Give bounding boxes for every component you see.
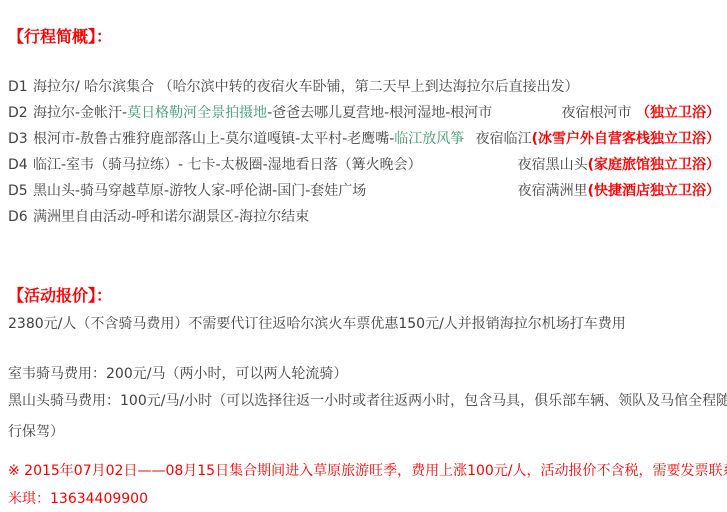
route-segment: -爸爸去哪儿夏营地-根河湿地-根河市 (267, 105, 492, 121)
day-route: 满洲里自由活动-呼和诺尔湖景区-海拉尔结束 (33, 204, 309, 230)
day-row-d5: D5 黑山头-骑马穿越草原-游牧人家-呼伦湖-国门-套娃广场 夜宿满洲里(快捷酒… (8, 178, 720, 204)
day-route: 根河市-敖鲁古雅狩鹿部落山上-莫尔道嘎镇-太平村-老鹰嘴-临江放风筝 (33, 126, 464, 152)
peak-season-notice: ※ 2015年07月02日——08月15日集合期间进入草原旅游旺季，费用上涨10… (8, 457, 720, 512)
lodging-text: 夜宿黑山头 (518, 157, 588, 173)
route-highlight: 临江放风筝 (394, 131, 464, 147)
heishantou-fee-line-2: 行保驾） (8, 417, 720, 448)
heishantou-fee-line-1: 黑山头骑马费用：100元/马/小时（可以选择往返一小时或者往返两小时，包含马具，… (8, 386, 720, 417)
lodging-text: 夜宿满洲里 (518, 183, 588, 199)
lodging-note: （独立卫浴） (636, 105, 720, 121)
route-highlight: 莫日格勒河全景拍摄地 (127, 105, 267, 121)
day-label: D5 (8, 178, 33, 204)
lodging-note: (快捷酒店独立卫浴） (588, 183, 720, 199)
lodging-text: 夜宿根河市 (562, 105, 636, 121)
day-list: D1 海拉尔/ 哈尔滨集合 （哈尔滨中转的夜宿火车卧铺，第二天早上到达海拉尔后直… (8, 74, 720, 230)
shiwei-horse-fee-line: 室韦骑马费用：200元/马（两小时，可以两人轮流骑） (8, 364, 720, 384)
day-row-d2: D2 海拉尔-金帐汗-莫日格勒河全景拍摄地-爸爸去哪儿夏营地-根河湿地-根河市 … (8, 100, 720, 126)
route-segment: 海拉尔-金帐汗- (33, 105, 127, 121)
lodging-text: 夜宿临江 (476, 131, 532, 147)
day-route: 临江-室韦（骑马拉练）- 七卡-太极圈-湿地看日落（篝火晚会） (33, 152, 422, 178)
lodging-group: 夜宿满洲里(快捷酒店独立卫浴） (518, 178, 720, 204)
day-route: 海拉尔-金帐汗-莫日格勒河全景拍摄地-爸爸去哪儿夏营地-根河湿地-根河市 (33, 100, 492, 126)
pricing-heading: 【活动报价】： (8, 286, 720, 306)
lodging-group: 夜宿临江(冰雪户外自营客栈独立卫浴） (476, 126, 720, 152)
lodging-note: (冰雪户外自营客栈独立卫浴） (532, 131, 720, 147)
heishantou-horse-fee: 黑山头骑马费用：100元/马/小时（可以选择往返一小时或者往返两小时，包含马具，… (8, 386, 720, 448)
notice-line-1: ※ 2015年07月02日——08月15日集合期间进入草原旅游旺季，费用上涨10… (8, 457, 720, 485)
notice-line-2-contact-phone: 米琪：13634409900 (8, 485, 720, 512)
route-segment: 根河市-敖鲁古雅狩鹿部落山上-莫尔道嘎镇-太平村-老鹰嘴- (33, 131, 394, 147)
lodging-note: (家庭旅馆独立卫浴） (588, 157, 720, 173)
lodging-group: 夜宿黑山头(家庭旅馆独立卫浴） (518, 152, 720, 178)
day-row-d1: D1 海拉尔/ 哈尔滨集合 （哈尔滨中转的夜宿火车卧铺，第二天早上到达海拉尔后直… (8, 74, 720, 100)
itinerary-heading: 【行程简概】： (8, 0, 720, 47)
itinerary-document: 【行程简概】： D1 海拉尔/ 哈尔滨集合 （哈尔滨中转的夜宿火车卧铺，第二天早… (0, 0, 727, 512)
base-price-line: 2380元/人（不含骑马费用）不需要代订往返哈尔滨火车票优惠150元/人并报销海… (8, 314, 720, 334)
day-row-d6: D6 满洲里自由活动-呼和诺尔湖景区-海拉尔结束 (8, 204, 720, 230)
day-route: 黑山头-骑马穿越草原-游牧人家-呼伦湖-国门-套娃广场 (33, 178, 366, 204)
day-label: D3 (8, 126, 33, 152)
lodging-group: 夜宿根河市 （独立卫浴） (562, 100, 720, 126)
day-label: D1 (8, 74, 33, 100)
day-route: 海拉尔/ 哈尔滨集合 （哈尔滨中转的夜宿火车卧铺，第二天早上到达海拉尔后直接出发… (33, 74, 579, 100)
day-label: D2 (8, 100, 33, 126)
day-row-d4: D4 临江-室韦（骑马拉练）- 七卡-太极圈-湿地看日落（篝火晚会） 夜宿黑山头… (8, 152, 720, 178)
day-label: D6 (8, 204, 33, 230)
day-row-d3: D3 根河市-敖鲁古雅狩鹿部落山上-莫尔道嘎镇-太平村-老鹰嘴-临江放风筝 夜宿… (8, 126, 720, 152)
day-label: D4 (8, 152, 33, 178)
